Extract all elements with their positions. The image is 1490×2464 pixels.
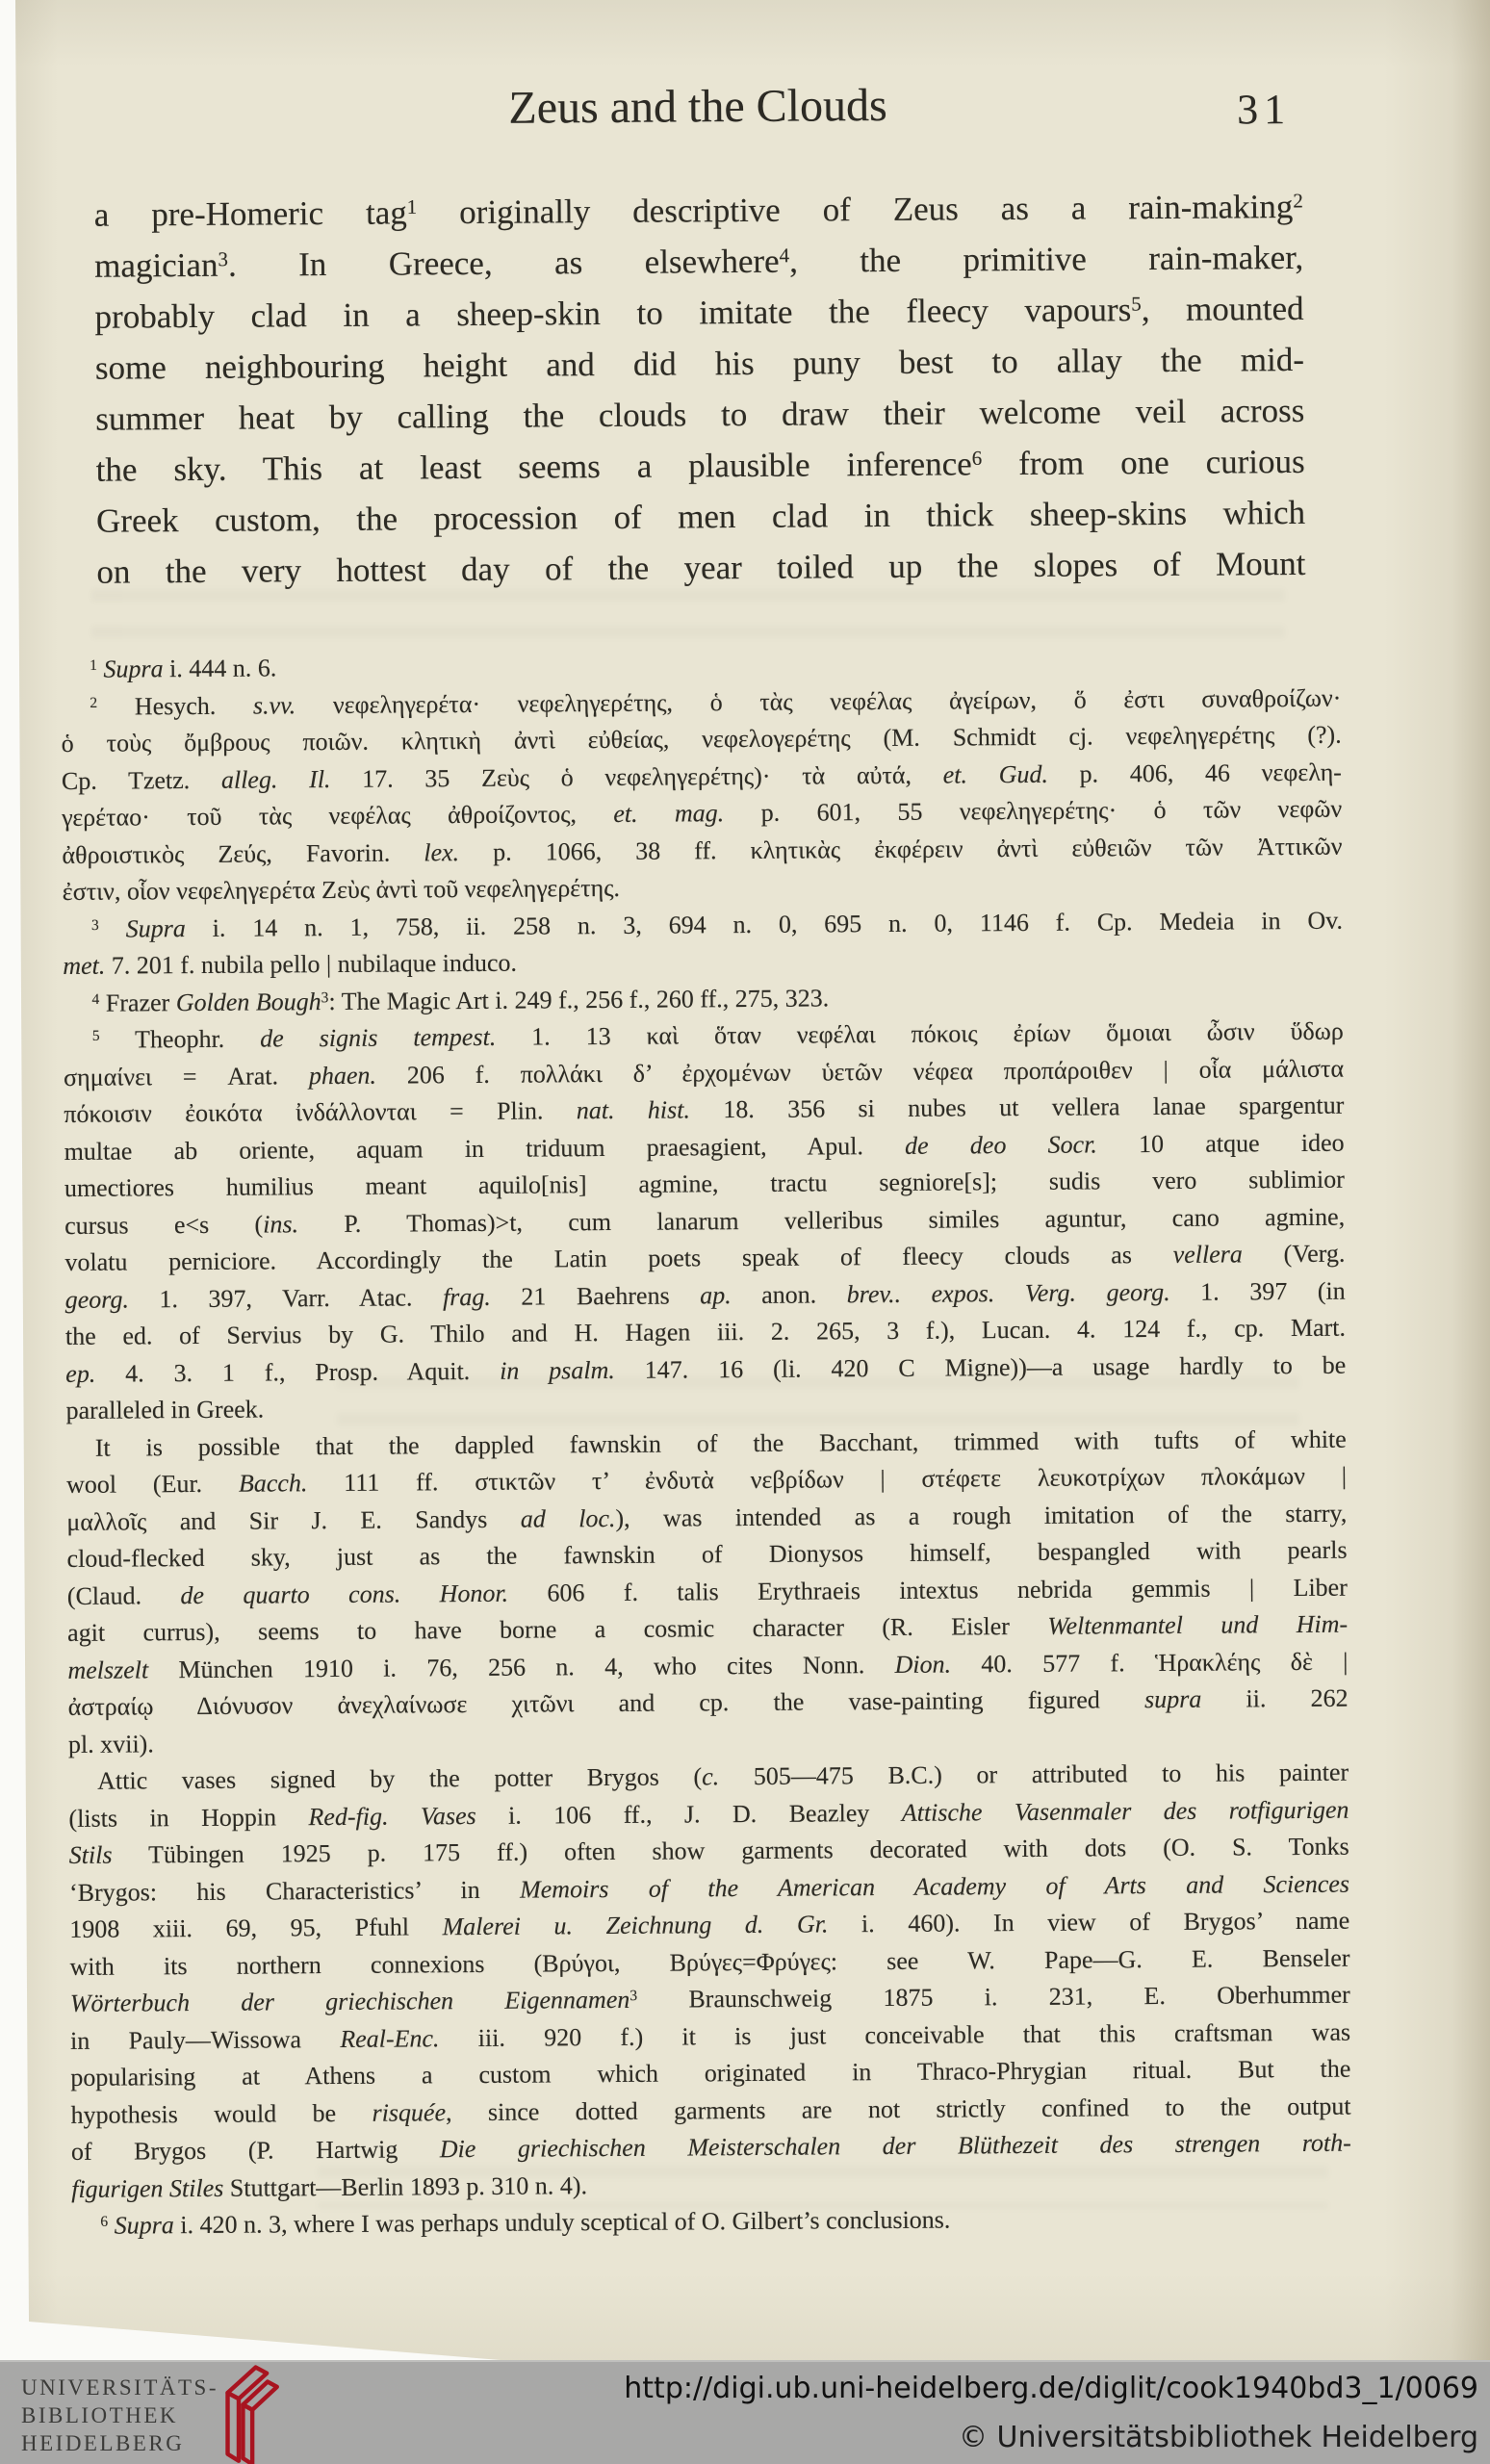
library-name: UNIVERSITÄTS- BIBLIOTHEK HEIDELBERG — [21, 2374, 218, 2457]
cited-title: brev.. expos. Verg. georg. — [847, 1277, 1170, 1307]
footnote-reference: 3 — [218, 247, 228, 270]
footnote-reference: 5 — [92, 1028, 100, 1044]
footnote-reference: 3 — [91, 916, 99, 933]
cited-title: Red-fig. Vases — [308, 1801, 475, 1830]
cited-title: Weltenmantel und Him- — [1047, 1610, 1348, 1640]
text-line: 6 Supra i. 420 n. 3, where I was perhaps… — [71, 2199, 1351, 2246]
text-line: magician3. In Greece, as elsewhere4, the… — [94, 232, 1303, 292]
footnote-reference: 5 — [1131, 293, 1142, 316]
cited-title: Memoirs of the American Academy of Arts … — [520, 1869, 1349, 1903]
cited-title: ep. — [65, 1359, 95, 1387]
cited-title: Supra — [126, 914, 186, 942]
cited-title: supra — [1144, 1685, 1201, 1713]
cited-title: et. mag. — [613, 799, 724, 828]
footnote-reference: 1 — [90, 657, 97, 674]
cited-title: vellera — [1173, 1240, 1243, 1269]
footnote-reference: 6 — [100, 2214, 108, 2230]
cited-title: frag. — [443, 1282, 491, 1310]
text-line: some neighbouring height and did his pun… — [95, 334, 1304, 394]
cited-title: nat. hist. — [577, 1095, 690, 1124]
library-name-line: BIBLIOTHEK — [21, 2401, 218, 2429]
footnote-reference: 2 — [1293, 189, 1303, 212]
footer-right: http://digi.ub.uni-heidelberg.de/diglit/… — [420, 2362, 1478, 2464]
footnote-reference: 4 — [91, 990, 99, 1007]
cited-title: melszelt — [67, 1655, 148, 1684]
cited-title: Wörterbuch der griechischen Eigennamen — [70, 1986, 630, 2017]
cited-title: c. — [702, 1762, 719, 1790]
cited-title: Die griechischen Meisterschalen der Blüt… — [440, 2129, 1351, 2164]
cited-title: ad loc. — [521, 1503, 616, 1532]
library-name-line: HEIDELBERG — [21, 2429, 218, 2457]
cited-title: s.vv. — [253, 691, 295, 719]
cited-title: alleg. Il. — [221, 764, 331, 793]
page-content: Zeus and the Clouds 31 a pre-Homeric tag… — [0, 0, 1490, 2365]
page-number: 31 — [1237, 85, 1291, 134]
cited-title: Golden Bough — [176, 988, 321, 1016]
footnote-reference: 3 — [321, 989, 329, 1006]
cited-title: de deo Socr. — [905, 1130, 1097, 1159]
cited-title: de quarto cons. Honor. — [180, 1578, 508, 1608]
digitization-footer-bar: UNIVERSITÄTS- BIBLIOTHEK HEIDELBERG http… — [0, 2360, 1490, 2464]
digitization-url: http://digi.ub.uni-heidelberg.de/diglit/… — [420, 2372, 1478, 2405]
library-name-line: UNIVERSITÄTS- — [21, 2374, 218, 2401]
text-line: on the very hottest day of the year toil… — [96, 538, 1305, 598]
cited-title: de signis tempest. — [260, 1023, 496, 1053]
text-line: Greek custom, the procession of men clad… — [96, 487, 1305, 547]
cited-title: Dion. — [894, 1650, 951, 1678]
footnotes-block: 1 Supra i. 444 n. 6.2 Hesych. s.vv. νεφε… — [61, 643, 1352, 2246]
footnote-reference: 1 — [407, 195, 418, 218]
text-line: summer heat by calling the clouds to dra… — [95, 385, 1304, 445]
text-line: probably clad in a sheep-skin to imitate… — [94, 283, 1303, 343]
cited-title: Attische Vasenmaler des rotfigurigen — [902, 1795, 1349, 1826]
footnote-reference: 2 — [90, 694, 97, 710]
footnote-reference: 4 — [780, 244, 790, 267]
cited-title: et. Gud. — [943, 759, 1048, 788]
cited-title: Bacch. — [239, 1469, 308, 1497]
scanned-book-page: Zeus and the Clouds 31 a pre-Homeric tag… — [0, 0, 1490, 2360]
cited-title: in psalm. — [500, 1355, 615, 1384]
footnote-reference: 6 — [972, 447, 983, 470]
cited-title: Malerei u. Zeichnung d. Gr. — [442, 1910, 828, 1940]
footnote-reference: 3 — [629, 1988, 637, 2004]
cited-title: Real-Enc. — [340, 2024, 439, 2053]
university-library-logo-icon — [193, 2364, 285, 2464]
cited-title: lex. — [424, 838, 459, 866]
text-line: a pre-Homeric tag1 originally descriptiv… — [94, 181, 1303, 241]
page-title: Zeus and the Clouds — [93, 77, 1302, 138]
cited-title: ap. — [700, 1281, 732, 1309]
cited-title: phaen. — [309, 1061, 376, 1089]
cited-title: risquée — [372, 2098, 446, 2127]
cited-title: georg. — [65, 1285, 129, 1313]
main-text-paragraph: a pre-Homeric tag1 originally descriptiv… — [94, 181, 1306, 598]
cited-title: figurigen Stiles — [71, 2173, 223, 2202]
cited-title: Stils — [69, 1841, 113, 1869]
cited-title: Supra — [115, 2211, 174, 2239]
cited-title: ins. — [263, 1210, 298, 1238]
copyright-notice: © Universitätsbibliothek Heidelberg — [420, 2421, 1478, 2454]
cited-title: met. — [63, 952, 105, 980]
text-line: the sky. This at least seems a plausible… — [96, 436, 1305, 496]
cited-title: Supra — [103, 654, 163, 682]
